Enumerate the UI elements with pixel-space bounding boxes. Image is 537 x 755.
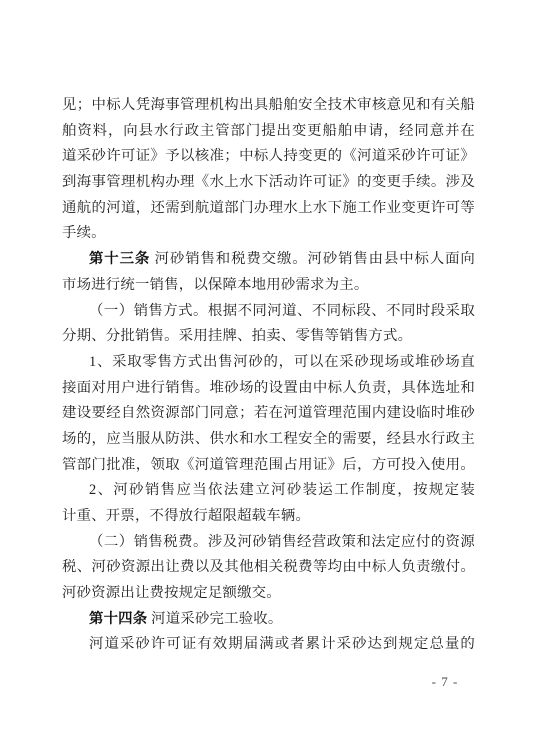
document-line: 河道采砂许可证有效期届满或者累计采砂达到规定总量的 — [62, 632, 475, 658]
page-number: - 7 - — [414, 672, 476, 692]
document-line: 税、河砂资源出让费以及其他相关税费等均由中标人负责缴付。 — [62, 555, 475, 581]
article-14-number: 第十四条 — [89, 611, 147, 627]
document-line: （一）销售方式。根据不同河道、不同标段、不同时段采取 — [62, 299, 475, 325]
document-line: 河砂资源出让费按规定足额缴交。 — [62, 581, 475, 607]
document-line-article-14: 第十四条 河道采砂完工验收。 — [62, 607, 475, 633]
document-line: 舶资料，向县水行政主管部门提出变更船舶申请，经同意并在《河 — [62, 119, 475, 145]
document-line: 见；中标人凭海事管理机构出具船舶安全技术审核意见和有关船 — [62, 93, 475, 119]
document-line: 到海事管理机构办理《水上水下活动许可证》的变更手续。涉及 — [62, 170, 475, 196]
document-line: 分期、分批销售。采用挂牌、拍卖、零售等销售方式。 — [62, 324, 475, 350]
document-line: 接面对用户进行销售。堆砂场的设置由中标人负责，具体选址和 — [62, 376, 475, 402]
document-page: 见；中标人凭海事管理机构出具船舶安全技术审核意见和有关船 舶资料，向县水行政主管… — [0, 0, 537, 755]
document-line-article-13: 第十三条 河砂销售和税费交缴。河砂销售由县中标人面向 — [62, 247, 475, 273]
article-14-text: 河道采砂完工验收。 — [147, 611, 282, 627]
document-line: 建设要经自然资源部门同意；若在河道管理范围内建设临时堆砂 — [62, 401, 475, 427]
document-line: （二）销售税费。涉及河砂销售经营政策和法定应付的资源 — [62, 530, 475, 556]
document-line: 计重、开票，不得放行超限超载车辆。 — [62, 504, 475, 530]
document-text: 见；中标人凭海事管理机构出具船舶安全技术审核意见和有关船 舶资料，向县水行政主管… — [62, 93, 475, 658]
document-line: 2、河砂销售应当依法建立河砂装运工作制度，按规定装载、 — [62, 478, 475, 504]
document-line: 通航的河道，还需到航道部门办理水上水下施工作业变更许可等 — [62, 196, 475, 222]
document-line: 1、采取零售方式出售河砂的，可以在采砂现场或堆砂场直 — [62, 350, 475, 376]
document-line: 道采砂许可证》予以核准；中标人持变更的《河道采砂许可证》 — [62, 144, 475, 170]
document-line: 手续。 — [62, 221, 475, 247]
article-13-number: 第十三条 — [89, 251, 150, 267]
article-13-text: 河砂销售和税费交缴。河砂销售由县中标人面向 — [150, 251, 475, 267]
document-line: 管部门批准，领取《河道管理范围占用证》后，方可投入使用。 — [62, 453, 475, 479]
document-line: 场的，应当服从防洪、供水和水工程安全的需要，经县水行政主 — [62, 427, 475, 453]
document-line: 市场进行统一销售，以保障本地用砂需求为主。 — [62, 273, 475, 299]
